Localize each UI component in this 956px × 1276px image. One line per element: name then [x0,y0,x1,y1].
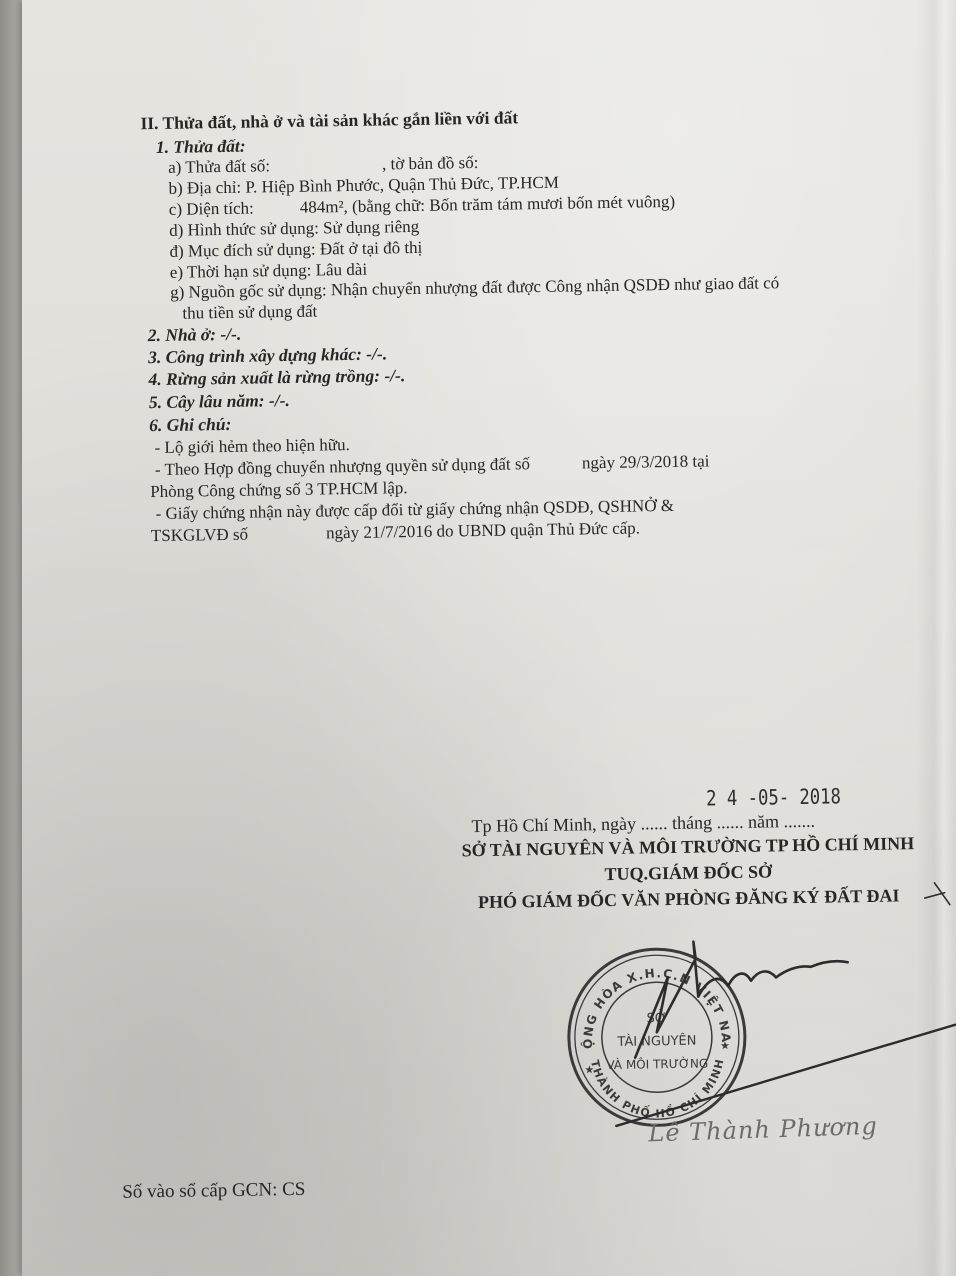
map-sheet-label: , tờ bản đồ số: [382,153,479,174]
stamped-date: 2 4 -05- 2018 [706,784,841,810]
note2-part1: - Theo Hợp đồng chuyển nhượng quyền sử d… [155,454,530,479]
note2-part2: ngày 29/3/2018 tại [582,451,710,472]
svg-text:★: ★ [584,1063,594,1076]
usage-purpose-row: đ) Mục đích sử dụng: Đất ở tại đô thị [169,238,422,262]
note3-part2: ngày 21/7/2016 do UBND quận Thủ Đức cấp. [326,518,640,542]
notes-title: 6. Ghi chú: [149,414,231,435]
official-seal-icon: CỘNG HÒA X.H.C.N VIỆT NAM THÀNH PHỐ HỒ C… [560,941,753,1134]
area-label: c) Diện tích: [169,199,254,219]
origin-row-cont: thu tiền sử dụng đất [182,302,317,324]
perennial-trees-row: 5. Cây lâu năm: -/-. [149,390,290,412]
seal-center-line-2: TÀI NGUYÊN [616,1033,696,1050]
section-heading: II. Thửa đất, nhà ở và tài sản khác gắn … [140,107,518,133]
usage-form-row: d) Hình thức sử dụng: Sử dụng riêng [169,217,419,241]
production-forest-row: 4. Rừng sản xuất là rừng trồng: -/-. [148,365,405,389]
house-row: 2. Nhà ở: -/-. [148,324,242,345]
parcel-number-label: a) Thửa đất số: [168,156,270,177]
note-row-2-cont: Phòng Công chứng số 3 TP.HCM lập. [150,478,408,502]
land-parcel-title: 1. Thửa đất: [156,136,246,157]
registry-number: Số vào sổ cấp GCN: CS [122,1180,305,1203]
seal-center-line-3: VÀ MÔI TRƯỜNG [606,1055,708,1072]
photo-scene: II. Thửa đất, nhà ở và tài sản khác gắn … [0,0,956,1276]
certificate-page: II. Thửa đất, nhà ở và tài sản khác gắn … [0,0,956,1276]
note3-part1: TSKGLVĐ số [151,525,248,546]
note-row-1: - Lộ giới hẻm theo hiện hữu. [154,435,350,458]
seal-center-line-1: SỞ [646,1009,666,1026]
svg-text:★: ★ [720,1039,730,1052]
other-construction-row: 3. Công trình xây dựng khác: -/-. [148,343,387,367]
